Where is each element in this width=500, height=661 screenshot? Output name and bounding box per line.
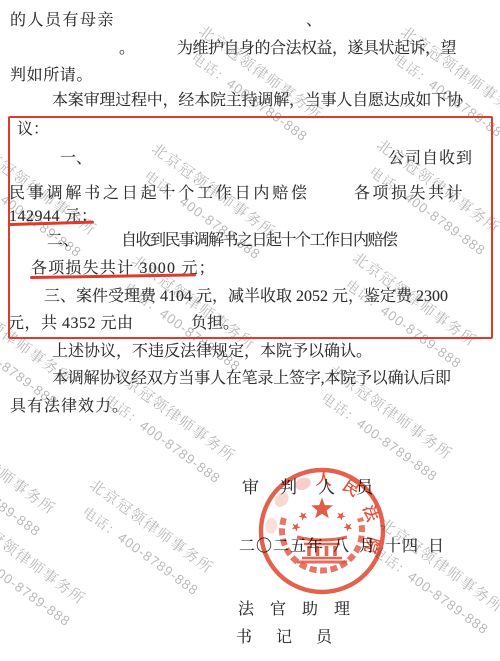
watermark-firm-name: 北京冠领律师事务所 [0,505,91,610]
watermark-firm-name: 北京冠领律师事务所 [376,513,500,618]
text-line: 具有法律效力。 [10,397,129,417]
law-firm-watermark: 北京冠领律师事务所电话：400-8789-888 [0,505,91,630]
text-line: 。 [119,39,135,59]
watermark-phone: 电话：400-8789-888 [79,501,204,599]
court-seal-stamp: 人民法院 [253,462,391,605]
text-line: 本案审理过程中，经本院主持调解，当事人自愿达成如下协 [52,91,463,111]
law-firm-watermark: 北京冠领律师事务所电话：400-8789-888 [71,474,219,599]
watermark-phone: 电话：400-8789-888 [0,442,46,540]
text-line: 、 [306,11,322,31]
document-page: 北京冠领律师事务所电话：400-8789-888北京冠领律师事务所电话：400-… [0,0,500,661]
watermark-firm-name: 北京冠领律师事务所 [86,474,219,579]
text-line: 上述协议，不违反法律规定，本院予以确认。 [52,342,372,362]
watermark-phone: 电话：400-8789-888 [0,532,76,630]
text-line: 本调解协议经双方当事人在笔录上签字,本院予以确认后即 [52,369,451,389]
text-line: 判如所请。 [10,66,93,86]
law-firm-watermark: 北京冠领律师事务所电话：400-8789-888 [0,415,61,540]
highlight-box [8,116,493,339]
text-line: 为维护自身的合法权益，遂具状起诉，望 [177,39,456,59]
text-line: 的人员有母亲 [10,11,115,31]
text-line: 书 记 员 [236,628,336,648]
seal-arc-character: 人 [315,470,332,489]
court-seal-svg: 人民法院 [253,462,391,600]
watermark-firm-name: 北京冠领律师事务所 [0,415,61,520]
